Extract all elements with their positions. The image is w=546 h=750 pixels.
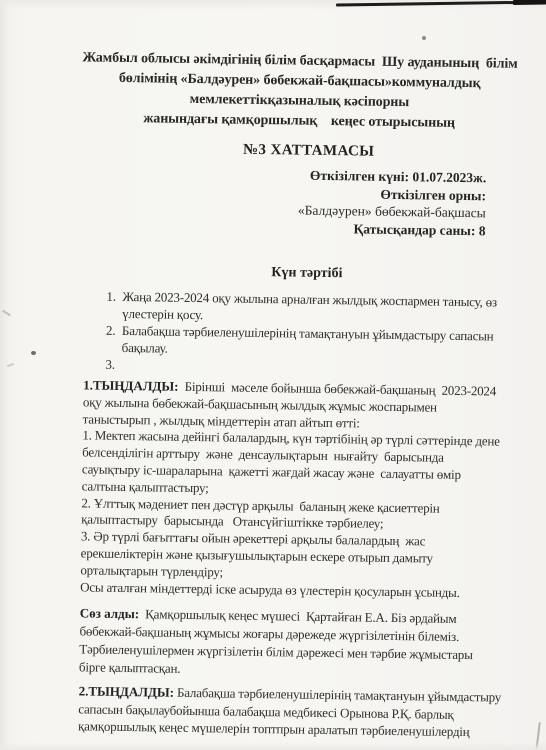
meeting-meta-block: Өткізілген күні: 01.07.2023ж. Өткізілген… [0, 162, 486, 239]
section-listened-2: 2.ТЫҢДАЛДЫ: Балабақша тәрбиеленушілеріні… [78, 683, 527, 742]
agenda-item-text: Жаңа 2023-2024 оқу жылына арналған жылды… [122, 288, 497, 328]
section-listened-1-label: 1.ТЫҢДАЛДЫ: [83, 377, 179, 393]
section-listened-1-text: Бірінші мәселе бойынша бөбекжай-бақшаның… [80, 379, 500, 600]
section-spoke-text: Қамқоршылық кеңес мүшесі Қартайған Е.А. … [79, 607, 473, 677]
protocol-title: №3 ХАТТАМАСЫ [69, 137, 546, 164]
section-listened-2-label: 2.ТЫҢДАЛДЫ: [79, 684, 175, 700]
agenda-list: 1. Жаңа 2023-2024 оқу жылына арналған жы… [105, 288, 542, 379]
agenda-item-number: 3. [105, 356, 121, 373]
section-listened-1: 1.ТЫҢДАЛДЫ: Бірінші мәселе бойынша бөбек… [80, 377, 531, 602]
section-spoke: Сөз алды: Қамқоршылық кеңес мүшесі Қарта… [79, 605, 528, 684]
agenda-item-text: Балабақша тәрбиеленушілерінің тамақтануы… [122, 322, 494, 362]
agenda-item: 2. Балабақша тәрбиеленушілерінің тамақта… [106, 322, 542, 362]
scanned-document-page: Жамбыл облысы әкімдігінің білім басқарма… [0, 0, 546, 750]
agenda-item-number: 1. [106, 288, 122, 305]
agenda-item-number: 2. [106, 322, 122, 339]
document-content: Жамбыл облысы әкімдігінің білім басқарма… [0, 0, 546, 750]
agenda-title: Күн тәртібі [67, 261, 546, 286]
document-header: Жамбыл облысы әкімдігінің білім басқарма… [51, 48, 546, 135]
section-spoke-label: Сөз алды: [80, 606, 140, 622]
